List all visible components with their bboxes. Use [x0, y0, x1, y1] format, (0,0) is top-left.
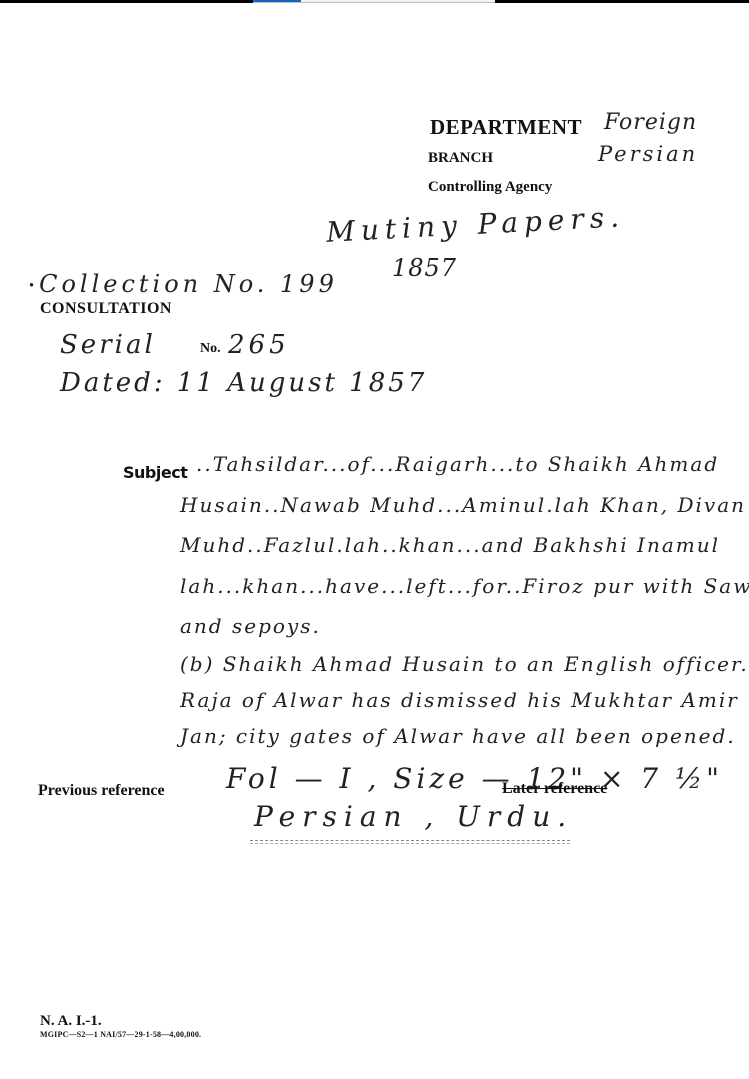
subject-label: Subject: [123, 463, 187, 482]
subject-line: lah...khan...have...left...for..Firoz pu…: [180, 574, 749, 598]
subject-line: ..Tahsildar...of...Raigarh...to Shaikh A…: [196, 452, 719, 476]
print-code: MGIPC—S2—1 NAI/57—29-1-58—4,00,000.: [40, 1030, 201, 1039]
serial-no-label: No.: [200, 341, 221, 357]
collection-title: Mutiny Papers.: [325, 200, 625, 249]
top-progress-bar: [0, 0, 749, 3]
previous-reference-label: Previous reference: [38, 782, 165, 800]
subject-line: and sepoys.: [180, 614, 321, 638]
folio-size: Fol — I , Size — 12" × 7 ½": [226, 762, 723, 795]
serial-word: Serial: [60, 330, 156, 360]
consultation-label: CONSULTATION: [40, 300, 172, 318]
form-id: N. A. I.-1.: [40, 1013, 102, 1030]
branch-label: BRANCH: [428, 150, 493, 167]
subject-line: Raja of Alwar has dismissed his Mukhtar …: [180, 688, 739, 712]
collection-number: •Collection No. 199: [28, 270, 338, 298]
language-underline: [250, 840, 570, 844]
dated-value: Dated: 11 August 1857: [60, 368, 427, 398]
department-value: Foreign: [604, 110, 697, 135]
collection-number-text: Collection No. 199: [39, 270, 338, 298]
subject-line: Jan; city gates of Alwar have all been o…: [180, 724, 736, 748]
department-label: DEPARTMENT: [430, 115, 582, 140]
progress-fill: [253, 0, 301, 2]
collection-year: 1857: [392, 254, 457, 282]
language-note: Persian , Urdu.: [254, 800, 573, 833]
serial-number: 265: [228, 330, 290, 360]
subject-line: Muhd..Fazlul.lah..khan...and Bakhshi Ina…: [180, 533, 720, 557]
controlling-agency-label: Controlling Agency: [428, 179, 552, 196]
subject-line: (b) Shaikh Ahmad Husain to an English of…: [180, 652, 749, 676]
branch-value: Persian: [598, 142, 698, 166]
progress-track: [253, 0, 495, 3]
bullet-icon: •: [28, 279, 39, 293]
subject-line: Husain..Nawab Muhd...Aminul.lah Khan, Di…: [180, 493, 746, 517]
later-reference-label: Later reference: [502, 780, 607, 798]
